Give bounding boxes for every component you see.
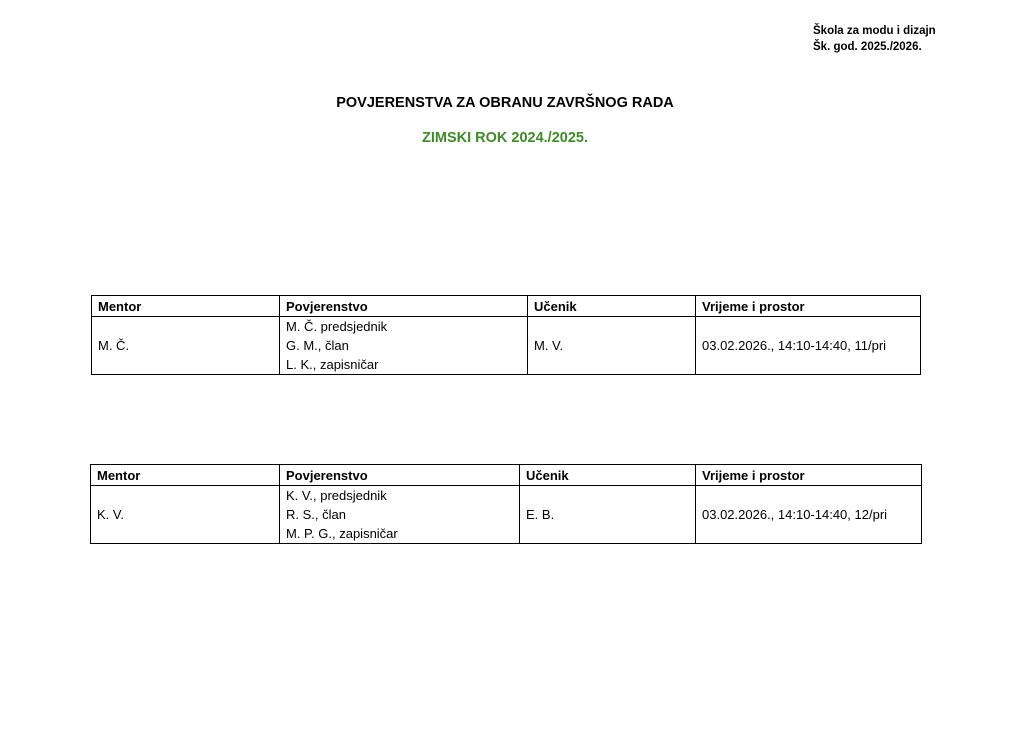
committee-member: L. K., zapisničar [286, 355, 521, 374]
header-committee: Povjerenstvo [280, 296, 528, 317]
school-info: Škola za modu i dizajn Šk. god. 2025./20… [813, 23, 936, 55]
cell-student: M. V. [528, 317, 696, 375]
cell-student: E. B. [520, 486, 696, 544]
table-row: K. V. K. V., predsjednik R. S., član M. … [91, 486, 922, 544]
cell-committee: K. V., predsjednik R. S., član M. P. G.,… [280, 486, 520, 544]
table-header-row: Mentor Povjerenstvo Učenik Vrijeme i pro… [92, 296, 921, 317]
committee-member: R. S., član [286, 505, 513, 524]
header-mentor: Mentor [91, 465, 280, 486]
cell-committee: M. Č. predsjednik G. M., član L. K., zap… [280, 317, 528, 375]
committee-table-2: Mentor Povjerenstvo Učenik Vrijeme i pro… [90, 464, 922, 544]
committee-member: G. M., član [286, 336, 521, 355]
header-committee: Povjerenstvo [280, 465, 520, 486]
header-mentor: Mentor [92, 296, 280, 317]
table-row: M. Č. M. Č. predsjednik G. M., član L. K… [92, 317, 921, 375]
committee-member: K. V., predsjednik [286, 486, 513, 505]
cell-time-place: 03.02.2026., 14:10-14:40, 11/pri [696, 317, 921, 375]
header-student: Učenik [528, 296, 696, 317]
header-time-place: Vrijeme i prostor [696, 465, 922, 486]
table-header-row: Mentor Povjerenstvo Učenik Vrijeme i pro… [91, 465, 922, 486]
school-year: Šk. god. 2025./2026. [813, 39, 936, 55]
school-name: Škola za modu i dizajn [813, 23, 936, 39]
document-title: POVJERENSTVA ZA OBRANU ZAVRŠNOG RADA [0, 95, 1010, 111]
cell-mentor: K. V. [91, 486, 280, 544]
header-time-place: Vrijeme i prostor [696, 296, 921, 317]
header-student: Učenik [520, 465, 696, 486]
committee-table-1: Mentor Povjerenstvo Učenik Vrijeme i pro… [91, 295, 921, 375]
cell-mentor: M. Č. [92, 317, 280, 375]
committee-member: M. P. G., zapisničar [286, 524, 513, 543]
document-subtitle: ZIMSKI ROK 2024./2025. [0, 130, 1010, 146]
committee-member: M. Č. predsjednik [286, 317, 521, 336]
cell-time-place: 03.02.2026., 14:10-14:40, 12/pri [696, 486, 922, 544]
